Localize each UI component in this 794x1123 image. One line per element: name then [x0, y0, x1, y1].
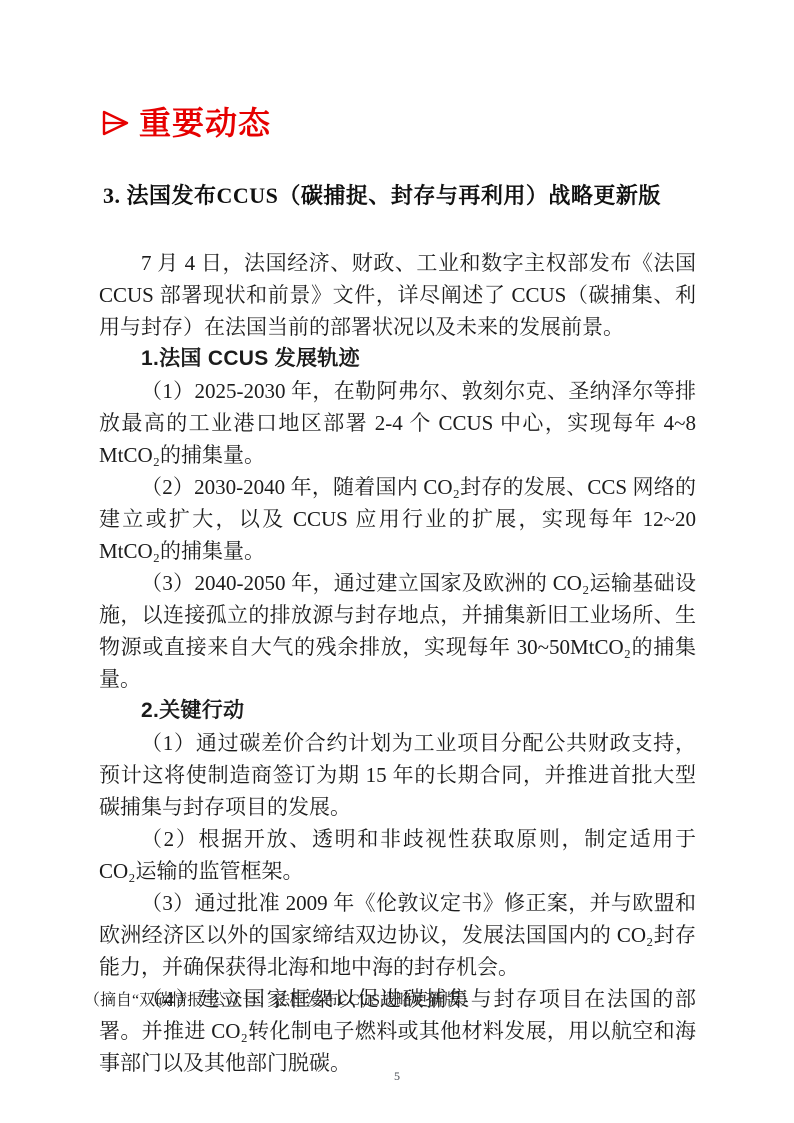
paragraph: （1）通过碳差价合约计划为工业项目分配公共财政支持，预计这将使制造商签订为期 1… [99, 727, 696, 823]
paragraph: （2）根据开放、透明和非歧视性获取原则，制定适用于 CO₂运输的监管框架。 [99, 823, 696, 887]
page-number: 5 [0, 1068, 794, 1084]
paragraph: （3）2040-2050 年，通过建立国家及欧洲的 CO₂运输基础设施，以连接孤… [99, 567, 696, 695]
paragraph: （2）2030-2040 年，随着国内 CO₂封存的发展、CCS 网络的建立或扩… [99, 471, 696, 567]
paragraph: （3）通过批准 2009 年《伦敦议定书》修正案，并与欧盟和欧洲经济区以外的国家… [99, 887, 696, 983]
paragraph: 7 月 4 日，法国经济、财政、工业和数字主权部发布《法国 CCUS 部署现状和… [99, 247, 696, 343]
article-title: 3. 法国发布CCUS（碳捕捉、封存与再利用）战略更新版 [103, 181, 723, 211]
paragraph: 1.法国 CCUS 发展轨迹 [99, 343, 696, 375]
arrowhead-right-icon [100, 107, 130, 139]
section-banner: 重要动态 [100, 104, 271, 142]
paragraph: （1）2025-2030 年，在勒阿弗尔、敦刻尔克、圣纳泽尔等排放最高的工业港口… [99, 375, 696, 471]
source-note: （摘自“双碳情报”公众号：法国发布CCUS战略更新版） [84, 990, 704, 1012]
section-banner-title: 重要动态 [139, 104, 271, 142]
paragraph: 2.关键行动 [99, 695, 696, 727]
document-page: 重要动态 3. 法国发布CCUS（碳捕捉、封存与再利用）战略更新版 7 月 4 … [0, 0, 794, 1123]
article-body: 7 月 4 日，法国经济、财政、工业和数字主权部发布《法国 CCUS 部署现状和… [99, 247, 696, 1079]
